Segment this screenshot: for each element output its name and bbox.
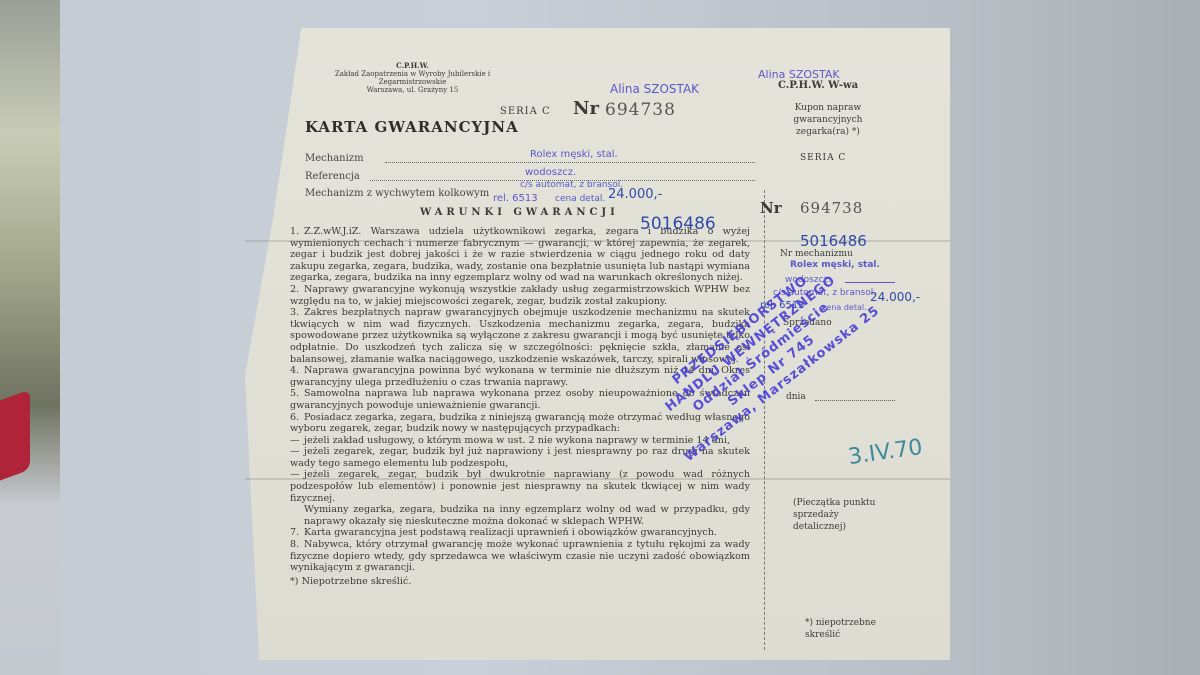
field-line bbox=[385, 162, 755, 163]
field-ref: rel. 6513 bbox=[493, 193, 538, 204]
background-left bbox=[0, 0, 60, 675]
field-value-mechanizm: Rolex męski, stal. bbox=[530, 149, 618, 160]
red-object bbox=[0, 390, 30, 481]
field-label-mechanizm-wychwyt: Mechanizm z wychwytem kolkowym bbox=[305, 188, 489, 199]
number-label: Nr bbox=[573, 98, 599, 119]
condition-item: 2.Naprawy gwarancyjne wykonują wszystkie… bbox=[290, 284, 750, 307]
field-label-referencja: Referencja bbox=[305, 171, 360, 182]
field-value-referencja: wodoszcz. bbox=[525, 167, 576, 178]
coupon-footnote: *) niepotrzebne skreślić bbox=[805, 617, 900, 641]
condition-item: 7.Karta gwarancyjna jest podstawą realiz… bbox=[290, 527, 750, 539]
condition-item: 8.Nabywca, który otrzymał gwarancję może… bbox=[290, 539, 750, 574]
coupon-org: C.P.H.W. W-wa bbox=[778, 80, 858, 91]
header-block: C.P.H.W. Zakład Zaopatrzenia w Wyroby Ju… bbox=[305, 62, 520, 94]
footnote: *) Niepotrzebne skreślić. bbox=[290, 576, 750, 588]
org-address: Warszawa, ul. Grażyny 15 bbox=[305, 86, 520, 94]
name-stamp: Alina SZOSTAK bbox=[610, 82, 699, 96]
series-label: SERIA C bbox=[500, 106, 551, 117]
serial-number: 694738 bbox=[605, 100, 676, 120]
condition-item: 1.Z.Z.wW.J.iZ. Warszawa udziela użytkown… bbox=[290, 226, 750, 284]
org-full: Zakład Zaopatrzenia w Wyroby Jubilerskie… bbox=[305, 70, 520, 86]
field-price-label: cena detal. bbox=[555, 194, 605, 204]
field-price: 24.000,- bbox=[608, 187, 662, 202]
conditions-title: WARUNKI GWARANCJI bbox=[420, 207, 619, 218]
field-label-mechanizm: Mechanizm bbox=[305, 153, 364, 164]
coupon-seal-label: (Pieczątka punktu sprzedaży detalicznej) bbox=[793, 497, 888, 533]
condition-item: 3.Zakres bezpłatnych napraw gwarancyjnyc… bbox=[290, 307, 750, 365]
coupon-number: 694738 bbox=[800, 199, 863, 217]
coupon-number-label: Nr bbox=[760, 199, 782, 217]
coupon-title: Kupon napraw gwarancyjnych zegarka(ra) *… bbox=[778, 102, 878, 138]
page-title: KARTA GWARANCYJNA bbox=[305, 118, 519, 136]
org-short: C.P.H.W. bbox=[305, 62, 520, 70]
coupon-series: SERIA C bbox=[800, 153, 846, 163]
